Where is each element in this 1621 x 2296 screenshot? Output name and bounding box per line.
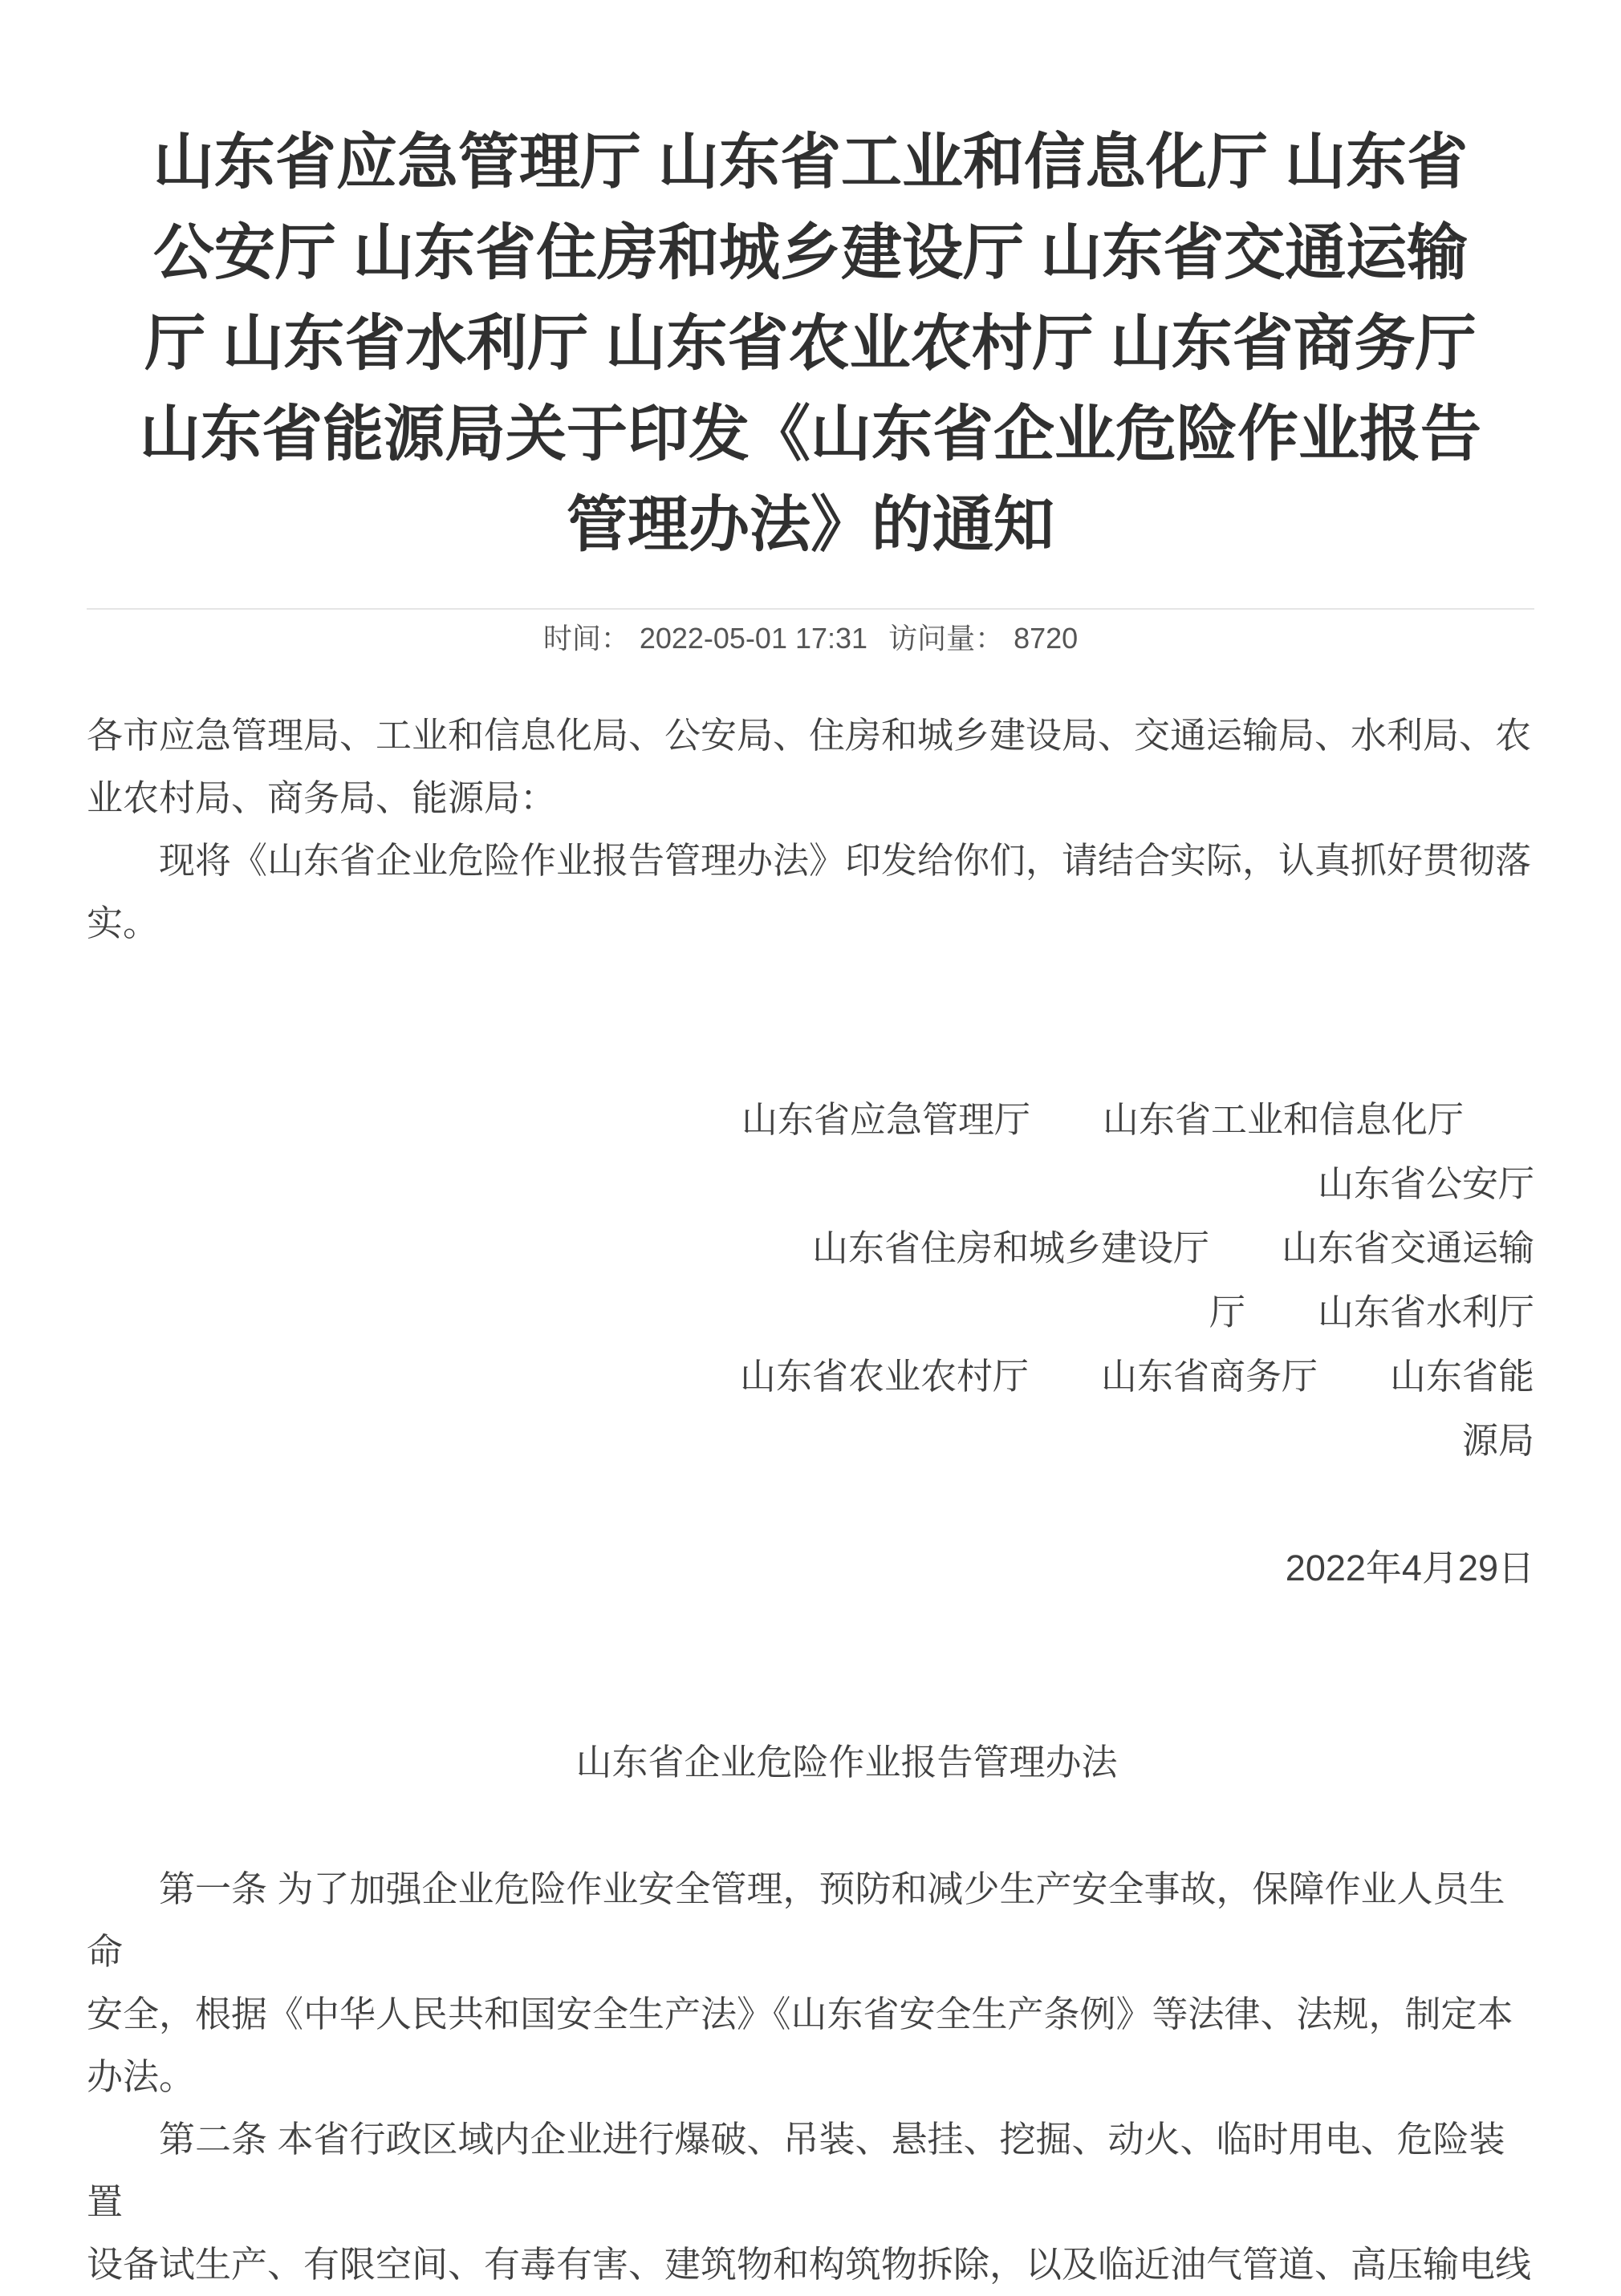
views-value: 8720 — [1014, 622, 1078, 655]
views-label: 访问量： — [888, 622, 1004, 655]
time-value: 2022-05-01 17:31 — [640, 622, 867, 655]
signature-line-4: 厅 山东省水利厅 — [87, 1280, 1534, 1345]
signature-line-5: 山东省农业农村厅 山东省商务厅 山东省能 — [87, 1345, 1534, 1409]
article-2-paragraph: 第二条 本省行政区域内企业进行爆破、吊装、悬挂、挖掘、动火、临时用电、危险装置 … — [87, 2108, 1534, 2296]
salutation-line: 各市应急管理局、工业和信息化局、公安局、住房和城乡建设局、交通运输局、水利局、农 — [87, 704, 1534, 767]
signature-line-3: 山东省住房和城乡建设厅 山东省交通运输 — [87, 1216, 1534, 1280]
page: { "colors": { "background": "#ffffff", "… — [0, 0, 1621, 2296]
article-1-line: 第一条 为了加强企业危险作业安全管理，预防和减少生产安全事故，保障作业人员生命 — [87, 1858, 1534, 1983]
article-1-line: 安全，根据《中华人民共和国安全生产法》《山东省安全生产条例》等法律、法规，制定本 — [87, 1983, 1534, 2046]
title-line-2: 公安厅 山东省住房和城乡建设厅 山东省交通运输 — [87, 208, 1534, 298]
signature-block: 山东省应急管理厅 山东省工业和信息化厅 山东省公安厅 山东省住房和城乡建设厅 山… — [87, 1088, 1534, 1473]
page-title: 山东省应急管理厅 山东省工业和信息化厅 山东省 公安厅 山东省住房和城乡建设厅 … — [87, 117, 1534, 570]
notice-paragraph: 现将《山东省企业危险作业报告管理办法》印发给你们，请结合实际，认真抓好贯彻落 实… — [87, 830, 1534, 955]
issue-date: 2022年4月29日 — [87, 1537, 1534, 1600]
article-1-line: 办法。 — [87, 2046, 1534, 2108]
salutation-line: 业农村局、商务局、能源局： — [87, 767, 1534, 830]
title-line-4: 山东省能源局关于印发《山东省企业危险作业报告 — [87, 389, 1534, 480]
time-label: 时间： — [543, 622, 630, 655]
signature-line-1: 山东省应急管理厅 山东省工业和信息化厅 — [87, 1088, 1534, 1152]
salutation-paragraph: 各市应急管理局、工业和信息化局、公安局、住房和城乡建设局、交通运输局、水利局、农… — [87, 704, 1534, 830]
title-line-5: 管理办法》的通知 — [87, 480, 1534, 570]
signature-line-2: 山东省公安厅 — [87, 1152, 1534, 1216]
title-line-3: 厅 山东省水利厅 山东省农业农村厅 山东省商务厅 — [87, 298, 1534, 389]
title-line-1: 山东省应急管理厅 山东省工业和信息化厅 山东省 — [87, 117, 1534, 208]
article-2-line: 设备试生产、有限空间、有毒有害、建筑物和构筑物拆除，以及临近油气管道、高压输电线 — [87, 2233, 1534, 2296]
attachment-title: 山东省企业危险作业报告管理办法 — [87, 1731, 1534, 1794]
notice-line: 现将《山东省企业危险作业报告管理办法》印发给你们，请结合实际，认真抓好贯彻落 — [87, 830, 1534, 892]
meta-bar: 时间：2022-05-01 17:31访问量：8720 — [87, 621, 1534, 656]
title-divider — [87, 608, 1534, 610]
article-1-paragraph: 第一条 为了加强企业危险作业安全管理，预防和减少生产安全事故，保障作业人员生命 … — [87, 1858, 1534, 2108]
signature-line-6: 源局 — [87, 1409, 1534, 1473]
notice-line: 实。 — [87, 892, 1534, 955]
article-2-line: 第二条 本省行政区域内企业进行爆破、吊装、悬挂、挖掘、动火、临时用电、危险装置 — [87, 2108, 1534, 2233]
article-container: 山东省应急管理厅 山东省工业和信息化厅 山东省 公安厅 山东省住房和城乡建设厅 … — [87, 0, 1534, 2296]
